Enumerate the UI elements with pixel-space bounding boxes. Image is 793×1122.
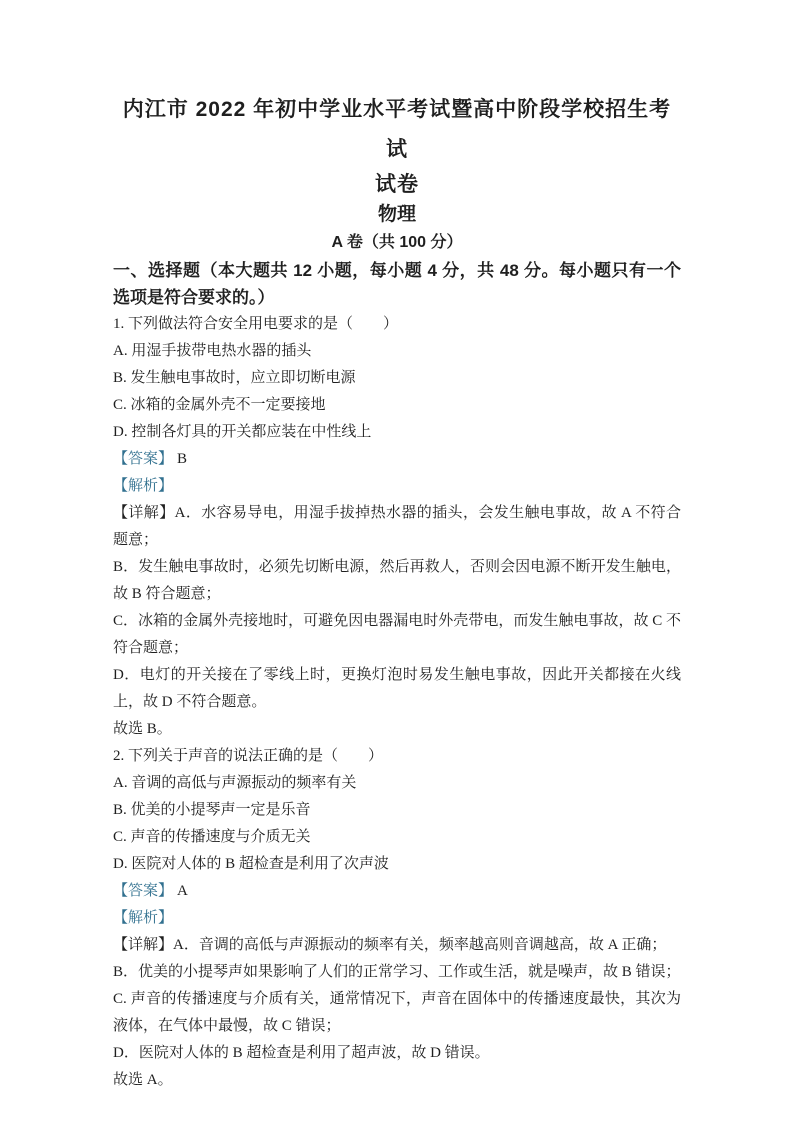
- option-d: D. 控制各灯具的开关都应装在中性线上: [113, 419, 681, 446]
- answer-value: B: [177, 451, 187, 467]
- paper-section-title: A 卷（共 100 分）: [113, 229, 681, 256]
- analysis-label: 【解析】: [113, 910, 173, 926]
- option-c: C. 冰箱的金属外壳不一定要接地: [113, 392, 681, 419]
- exam-title-line2: 试卷: [113, 170, 681, 200]
- detail-conclusion: 故选 A。: [113, 1067, 681, 1094]
- answer-label: 【答案】: [113, 883, 173, 899]
- subject-title: 物理: [113, 200, 681, 229]
- analysis-row: 【解析】: [113, 905, 681, 932]
- option-c: C. 声音的传播速度与介质无关: [113, 824, 681, 851]
- detail-paragraph: 【详解】A．音调的高低与声源振动的频率有关，频率越高则音调越高，故 A 正确；: [113, 932, 681, 959]
- option-b: B. 发生触电事故时，应立即切断电源: [113, 365, 681, 392]
- detail-paragraph: 【详解】A．水容易导电，用湿手拔掉热水器的插头，会发生触电事故，故 A 不符合题…: [113, 500, 681, 554]
- option-a: A. 用湿手拔带电热水器的插头: [113, 338, 681, 365]
- exam-paper-page: 内江市 2022 年初中学业水平考试暨高中阶段学校招生考试 试卷 物理 A 卷（…: [0, 0, 793, 1122]
- option-b: B. 优美的小提琴声一定是乐音: [113, 797, 681, 824]
- title-block: 内江市 2022 年初中学业水平考试暨高中阶段学校招生考试 试卷 物理 A 卷（…: [113, 90, 681, 256]
- question-text: 1. 下列做法符合安全用电要求的是（ ）: [113, 311, 681, 338]
- answer-row: 【答案】A: [113, 878, 681, 905]
- option-a: A. 音调的高低与声源振动的频率有关: [113, 770, 681, 797]
- detail-paragraph: C. 声音的传播速度与介质有关，通常情况下，声音在固体中的传播速度最快，其次为液…: [113, 986, 681, 1040]
- detail-paragraph: D．医院对人体的 B 超检查是利用了超声波，故 D 错误。: [113, 1040, 681, 1067]
- option-d: D. 医院对人体的 B 超检查是利用了次声波: [113, 851, 681, 878]
- exam-title-line1: 内江市 2022 年初中学业水平考试暨高中阶段学校招生考试: [113, 90, 681, 170]
- detail-paragraph: B．优美的小提琴声如果影响了人们的正常学习、工作或生活，就是噪声，故 B 错误；: [113, 959, 681, 986]
- detail-paragraph: C．冰箱的金属外壳接地时，可避免因电器漏电时外壳带电，而发生触电事故，故 C 不…: [113, 608, 681, 662]
- answer-value: A: [177, 883, 188, 899]
- question-block-2: 2. 下列关于声音的说法正确的是（ ） A. 音调的高低与声源振动的频率有关 B…: [113, 743, 681, 1094]
- detail-paragraph: B．发生触电事故时，必须先切断电源，然后再救人，否则会因电源不断开发生触电，故 …: [113, 554, 681, 608]
- detail-conclusion: 故选 B。: [113, 716, 681, 743]
- analysis-label: 【解析】: [113, 478, 173, 494]
- question-block-1: 1. 下列做法符合安全用电要求的是（ ） A. 用湿手拔带电热水器的插头 B. …: [113, 311, 681, 743]
- section-heading: 一、选择题（本大题共 12 小题，每小题 4 分，共 48 分。每小题只有一个选…: [113, 257, 681, 311]
- answer-label: 【答案】: [113, 451, 173, 467]
- answer-row: 【答案】B: [113, 446, 681, 473]
- question-text: 2. 下列关于声音的说法正确的是（ ）: [113, 743, 681, 770]
- analysis-row: 【解析】: [113, 473, 681, 500]
- detail-paragraph: D．电灯的开关接在了零线上时，更换灯泡时易发生触电事故，因此开关都接在火线上，故…: [113, 662, 681, 716]
